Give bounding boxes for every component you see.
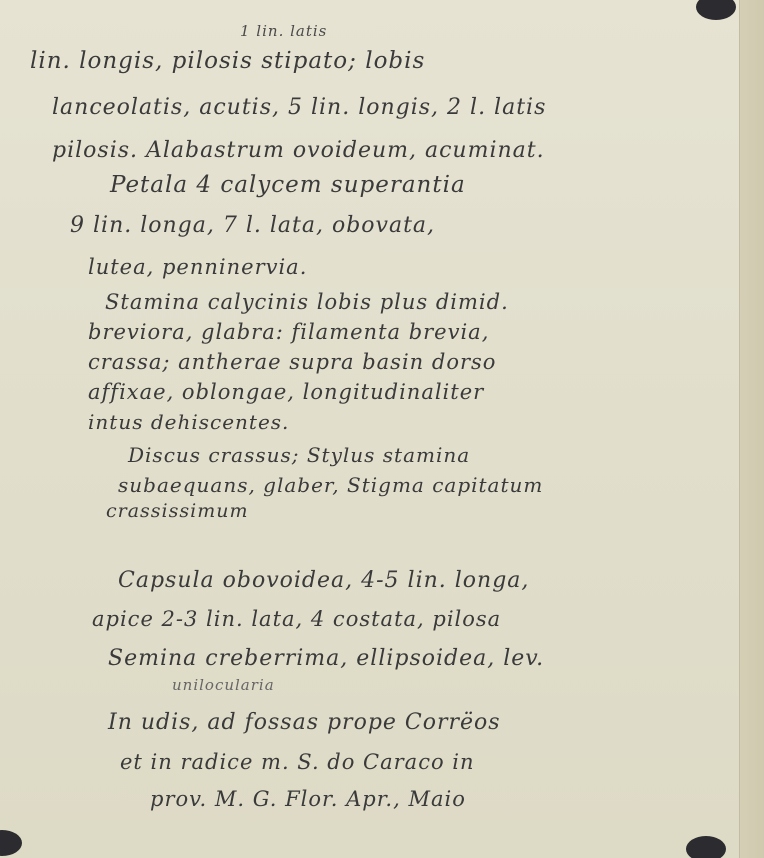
text-line: lanceolatis, acutis, 5 lin. longis, 2 l.… bbox=[52, 95, 546, 120]
text-line: breviora, glabra: filamenta brevia, bbox=[88, 320, 489, 344]
text-line: crassissimum bbox=[106, 500, 248, 522]
text-line: et in radice m. S. do Caraco in bbox=[120, 750, 475, 774]
mount-board-edge bbox=[739, 0, 764, 858]
text-line: intus dehiscentes. bbox=[88, 410, 289, 434]
text-line: apice 2-3 lin. lata, 4 costata, pilosa bbox=[92, 607, 501, 631]
text-line: Capsula obovoidea, 4-5 lin. longa, bbox=[118, 568, 529, 593]
pin-bottom-right-icon bbox=[686, 836, 726, 858]
text-line: lutea, penninervia. bbox=[88, 255, 307, 279]
text-line: affixae, oblongae, longitudinaliter bbox=[88, 380, 484, 404]
text-line: Stamina calycinis lobis plus dimid. bbox=[105, 290, 509, 314]
text-line: Semina creberrima, ellipsoidea, lev. bbox=[108, 646, 544, 671]
text-annotation: unilocularia bbox=[172, 676, 275, 694]
text-line: crassa; antherae supra basin dorso bbox=[88, 350, 496, 374]
text-line: pilosis. Alabastrum ovoideum, acuminat. bbox=[52, 138, 545, 163]
annotation-top: 1 lin. latis bbox=[240, 22, 327, 40]
text-line: 9 lin. longa, 7 l. lata, obovata, bbox=[70, 213, 435, 238]
text-line: Discus crassus; Stylus stamina bbox=[128, 443, 470, 467]
text-line: prov. M. G. Flor. Apr., Maio bbox=[150, 787, 466, 811]
text-line: Petala 4 calycem superantia bbox=[110, 172, 466, 198]
text-line: subaequans, glaber, Stigma capitatum bbox=[118, 473, 543, 497]
text-line: In udis, ad fossas prope Corrëos bbox=[108, 710, 501, 735]
text-line: lin. longis, pilosis stipato; lobis bbox=[30, 48, 425, 74]
